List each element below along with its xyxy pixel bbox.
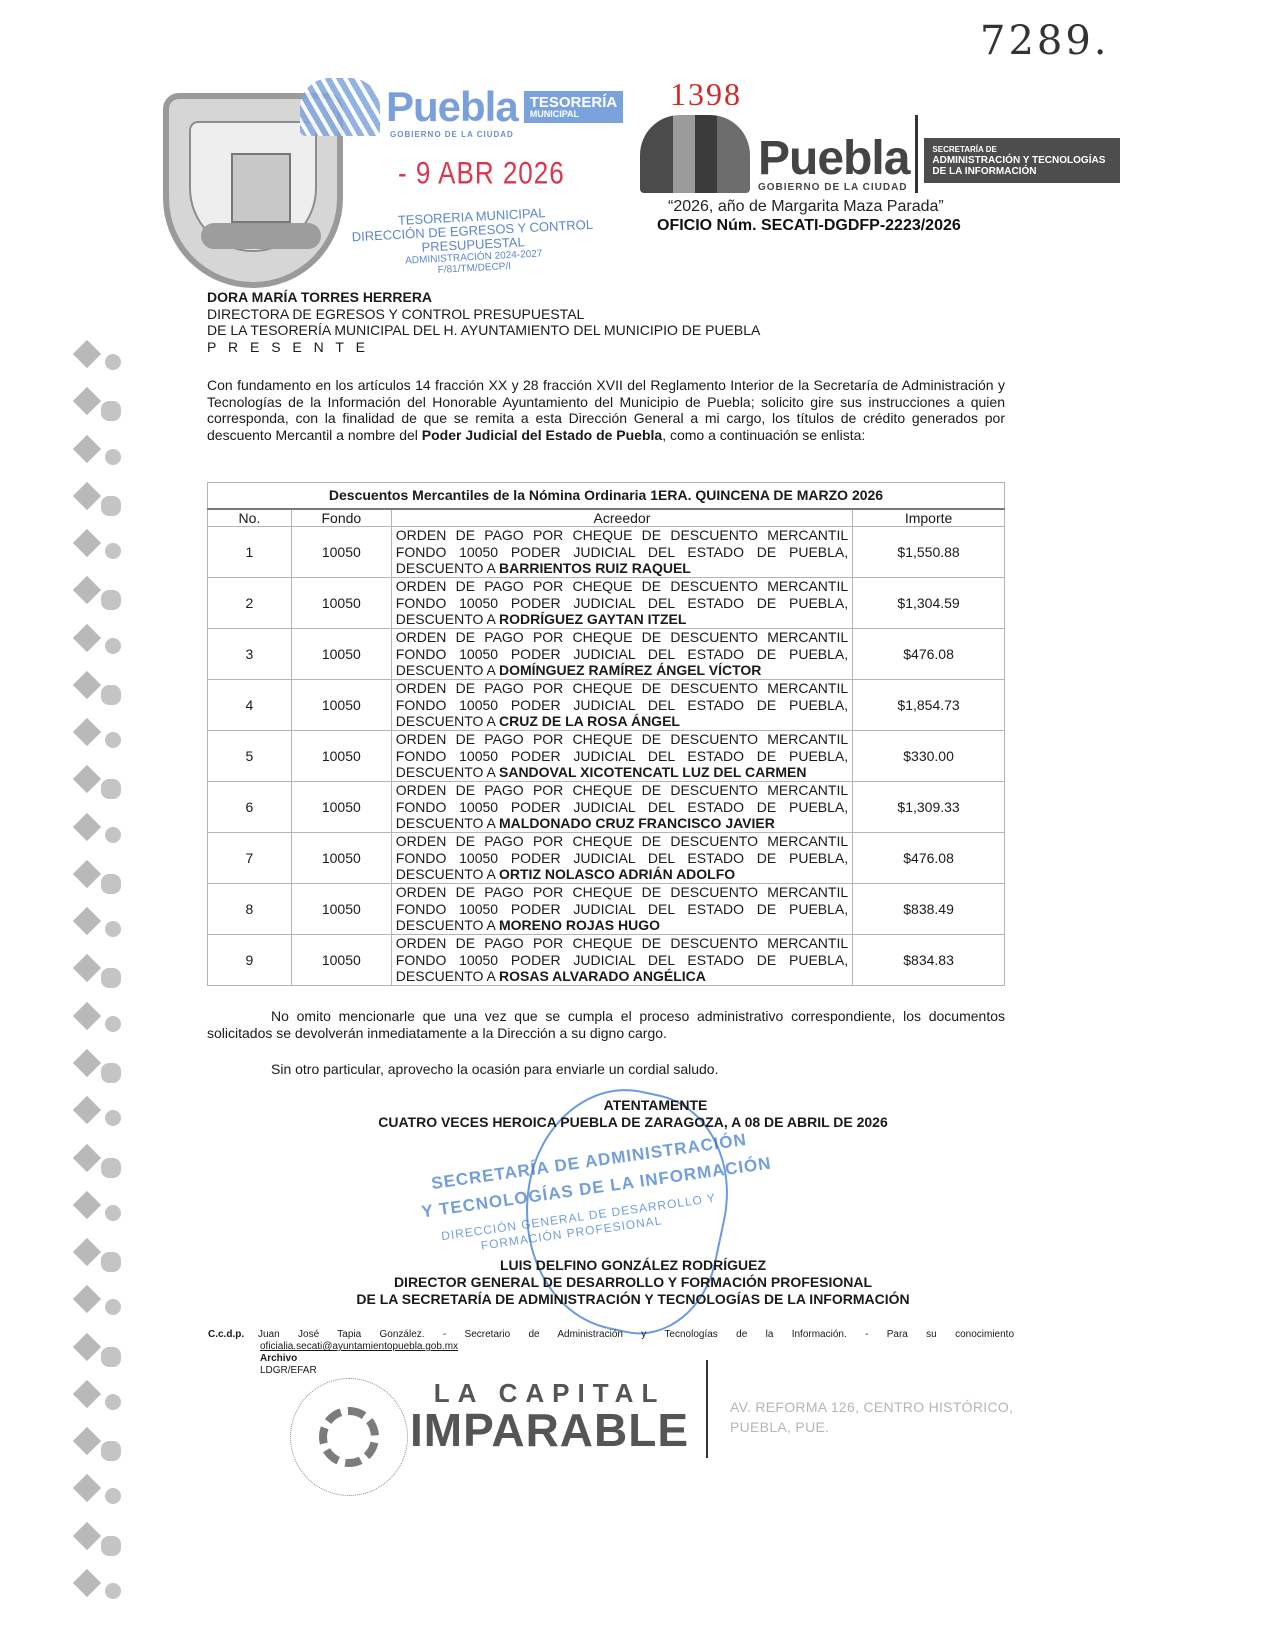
border-motif-icon xyxy=(71,624,127,665)
addressee-name: DORA MARÍA TORRES HERRERA xyxy=(207,289,760,306)
stamp-brand-sub: GOBIERNO DE LA CIUDAD xyxy=(390,130,640,139)
border-motif-icon xyxy=(71,1569,127,1610)
row-no: 1 xyxy=(208,527,292,578)
row-acreedor: ORDEN DE PAGO POR CHEQUE DE DESCUENTO ME… xyxy=(391,680,852,731)
discounts-table: Descuentos Mercantiles de la Nómina Ordi… xyxy=(207,482,1005,986)
stamp-lines: TESORERIA MUNICIPAL DIRECCIÓN DE EGRESOS… xyxy=(337,203,610,281)
closing-block: ATENTAMENTE CUATRO VECES HEROICA PUEBLA … xyxy=(0,1097,1266,1131)
year-motto: “2026, año de Margarita Maza Parada” xyxy=(668,198,944,216)
row-acreedor: ORDEN DE PAGO POR CHEQUE DE DESCUENTO ME… xyxy=(391,578,852,629)
row-importe: $330.00 xyxy=(853,731,1005,782)
border-motif-icon xyxy=(71,482,127,523)
row-fondo: 10050 xyxy=(291,782,391,833)
row-importe: $1,309.33 xyxy=(853,782,1005,833)
row-importe: $1,854.73 xyxy=(853,680,1005,731)
table-row: 310050ORDEN DE PAGO POR CHEQUE DE DESCUE… xyxy=(208,629,1005,680)
row-acreedor: ORDEN DE PAGO POR CHEQUE DE DESCUENTO ME… xyxy=(391,884,852,935)
border-motif-icon xyxy=(71,1191,127,1232)
tesoreria-badge: TESORERÍA MUNICIPAL xyxy=(524,91,624,123)
secati-label-box: SECRETARÍA DE ADMINISTRACIÓN Y TECNOLOGÍ… xyxy=(924,138,1120,183)
row-fondo: 10050 xyxy=(291,527,391,578)
row-no: 4 xyxy=(208,680,292,731)
puebla-logo-figure-icon xyxy=(300,78,380,136)
place-date: CUATRO VECES HEROICA PUEBLA DE ZARAGOZA,… xyxy=(0,1114,1266,1131)
cc-block: C.c.d.p. Juan José Tapia González. - Sec… xyxy=(208,1329,1014,1377)
row-no: 6 xyxy=(208,782,292,833)
cc-email-link[interactable]: oficialia.secati@ayuntamientopuebla.gob.… xyxy=(260,1341,1014,1353)
addressee-block: DORA MARÍA TORRES HERRERA DIRECTORA DE E… xyxy=(207,289,760,355)
row-importe: $1,550.88 xyxy=(853,527,1005,578)
stamp-brand: Puebla xyxy=(386,83,518,131)
signer-org: DE LA SECRETARÍA DE ADMINISTRACIÓN Y TEC… xyxy=(0,1291,1266,1308)
slogan-line-2: IMPARABLE xyxy=(410,1409,689,1451)
logo-brand: Puebla xyxy=(758,136,909,182)
border-motif-icon xyxy=(71,1380,127,1421)
puebla-monuments-icon xyxy=(640,115,750,193)
row-acreedor: ORDEN DE PAGO POR CHEQUE DE DESCUENTO ME… xyxy=(391,629,852,680)
row-acreedor: ORDEN DE PAGO POR CHEQUE DE DESCUENTO ME… xyxy=(391,527,852,578)
table-row: 210050ORDEN DE PAGO POR CHEQUE DE DESCUE… xyxy=(208,578,1005,629)
row-importe: $1,304.59 xyxy=(853,578,1005,629)
border-motif-icon xyxy=(71,435,127,476)
cc-label: C.c.d.p. xyxy=(208,1329,258,1341)
row-fondo: 10050 xyxy=(291,680,391,731)
border-motif-icon xyxy=(71,1333,127,1374)
addressee-title: DIRECTORA DE EGRESOS Y CONTROL PRESUPUES… xyxy=(207,306,760,323)
office-address: AV. REFORMA 126, CENTRO HISTÓRICO, PUEBL… xyxy=(730,1397,1013,1437)
row-fondo: 10050 xyxy=(291,935,391,986)
received-date: - 9 ABR 2026 xyxy=(398,155,565,192)
row-no: 9 xyxy=(208,935,292,986)
border-motif-icon xyxy=(71,813,127,854)
handwritten-number: 7289. xyxy=(980,18,1110,64)
row-no: 5 xyxy=(208,731,292,782)
border-motif-icon xyxy=(71,576,127,617)
cc-recipient: Juan José Tapia González. - Secretario d… xyxy=(258,1329,1014,1341)
row-acreedor: ORDEN DE PAGO POR CHEQUE DE DESCUENTO ME… xyxy=(391,782,852,833)
closing-paragraph-2: Sin otro particular, aprovecho la ocasió… xyxy=(271,1061,719,1078)
secati-logo: Puebla GOBIERNO DE LA CIUDAD SECRETARÍA … xyxy=(640,115,1120,193)
equality-certification-badge-icon xyxy=(290,1378,408,1496)
row-fondo: 10050 xyxy=(291,833,391,884)
intro-paragraph: Con fundamento en los artículos 14 fracc… xyxy=(207,377,1005,443)
table-row: 610050ORDEN DE PAGO POR CHEQUE DE DESCUE… xyxy=(208,782,1005,833)
addressee-org: DE LA TESORERÍA MUNICIPAL DEL H. AYUNTAM… xyxy=(207,322,760,339)
table-caption: Descuentos Mercantiles de la Nómina Ordi… xyxy=(208,483,1005,509)
col-fondo: Fondo xyxy=(291,509,391,527)
row-importe: $476.08 xyxy=(853,833,1005,884)
logo-brand-sub: GOBIERNO DE LA CIUDAD xyxy=(758,182,909,193)
border-motif-icon xyxy=(71,340,127,381)
row-no: 8 xyxy=(208,884,292,935)
folio-stamp: 1398 xyxy=(670,76,742,113)
row-no: 3 xyxy=(208,629,292,680)
border-motif-icon xyxy=(71,1474,127,1515)
border-motif-icon xyxy=(71,1522,127,1563)
border-motif-icon xyxy=(71,718,127,759)
table-row: 710050ORDEN DE PAGO POR CHEQUE DE DESCUE… xyxy=(208,833,1005,884)
slogan-logo: LA CAPITAL IMPARABLE xyxy=(410,1378,689,1451)
border-motif-icon xyxy=(71,1144,127,1185)
row-no: 7 xyxy=(208,833,292,884)
oficio-number: OFICIO Núm. SECATI-DGDFP-2223/2026 xyxy=(657,217,961,235)
border-motif-icon xyxy=(71,907,127,948)
border-motif-icon xyxy=(71,1002,127,1043)
row-fondo: 10050 xyxy=(291,884,391,935)
row-fondo: 10050 xyxy=(291,731,391,782)
archive-label: Archivo xyxy=(260,1353,1014,1365)
tesoreria-received-stamp: Puebla TESORERÍA MUNICIPAL GOBIERNO DE L… xyxy=(300,78,640,288)
table-row: 810050ORDEN DE PAGO POR CHEQUE DE DESCUE… xyxy=(208,884,1005,935)
border-motif-icon xyxy=(71,671,127,712)
row-fondo: 10050 xyxy=(291,578,391,629)
col-acreedor: Acreedor xyxy=(391,509,852,527)
row-acreedor: ORDEN DE PAGO POR CHEQUE DE DESCUENTO ME… xyxy=(391,833,852,884)
closing-paragraph-1: No omito mencionarle que una vez que se … xyxy=(207,1008,1005,1041)
atentamente: ATENTAMENTE xyxy=(45,1097,1266,1114)
row-fondo: 10050 xyxy=(291,629,391,680)
signer-title: DIRECTOR GENERAL DE DESARROLLO Y FORMACI… xyxy=(0,1274,1266,1291)
salutation: P R E S E N T E xyxy=(207,339,760,356)
col-no: No. xyxy=(208,509,292,527)
table-row: 410050ORDEN DE PAGO POR CHEQUE DE DESCUE… xyxy=(208,680,1005,731)
decorative-border xyxy=(68,340,130,1610)
col-importe: Importe xyxy=(853,509,1005,527)
row-importe: $838.49 xyxy=(853,884,1005,935)
table-row: 510050ORDEN DE PAGO POR CHEQUE DE DESCUE… xyxy=(208,731,1005,782)
signer-name: LUIS DELFINO GONZÁLEZ RODRÍGUEZ xyxy=(0,1257,1266,1274)
border-motif-icon xyxy=(71,860,127,901)
table-row: 110050ORDEN DE PAGO POR CHEQUE DE DESCUE… xyxy=(208,527,1005,578)
border-motif-icon xyxy=(71,954,127,995)
table-row: 910050ORDEN DE PAGO POR CHEQUE DE DESCUE… xyxy=(208,935,1005,986)
initials: LDGR/EFAR xyxy=(260,1365,1014,1377)
row-acreedor: ORDEN DE PAGO POR CHEQUE DE DESCUENTO ME… xyxy=(391,731,852,782)
border-motif-icon xyxy=(71,529,127,570)
row-importe: $476.08 xyxy=(853,629,1005,680)
border-motif-icon xyxy=(71,387,127,428)
border-motif-icon xyxy=(71,1427,127,1468)
row-acreedor: ORDEN DE PAGO POR CHEQUE DE DESCUENTO ME… xyxy=(391,935,852,986)
signer-block: LUIS DELFINO GONZÁLEZ RODRÍGUEZ DIRECTOR… xyxy=(0,1257,1266,1308)
footer-divider xyxy=(706,1360,708,1458)
table-header: No. Fondo Acreedor Importe xyxy=(208,509,1005,527)
row-no: 2 xyxy=(208,578,292,629)
row-importe: $834.83 xyxy=(853,935,1005,986)
border-motif-icon xyxy=(71,1049,127,1090)
border-motif-icon xyxy=(71,765,127,806)
